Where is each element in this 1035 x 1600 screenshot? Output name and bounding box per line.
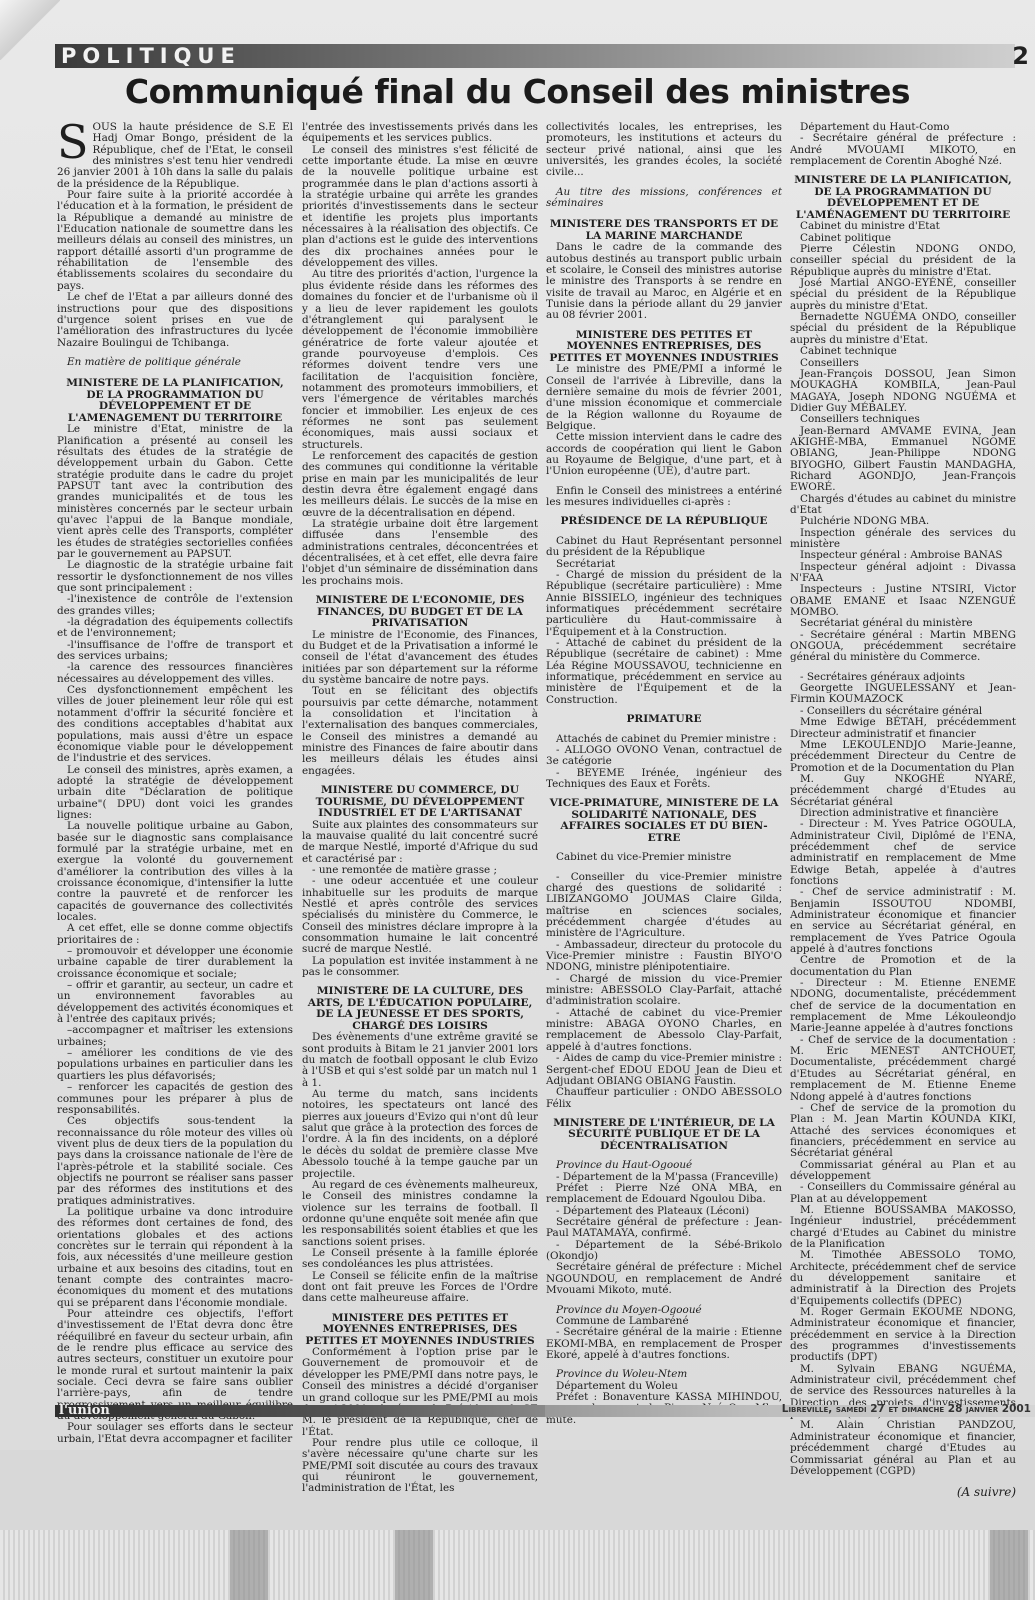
paragraph: Au terme du match, sans incidents notoir… <box>302 1089 538 1180</box>
paragraph: Au regard de ces évènements malheureux, … <box>302 1180 538 1248</box>
drop-cap: S <box>57 124 89 160</box>
ministry-heading: MINISTERE DES PETITES ET MOYENNES ENTREP… <box>302 1313 538 1348</box>
paragraph: Le conseil des ministres, après examen, … <box>57 765 293 822</box>
ministry-heading: VICE-PRIMATURE, MINISTERE DE LA SOLIDARI… <box>546 798 782 844</box>
paragraph: – renforcer les capacités de gestion des… <box>57 1082 293 1116</box>
paragraph: Le ministre des PME/PMI a informé le Con… <box>546 364 782 432</box>
paragraph: Ces objectifs sous-tendent la reconnaiss… <box>57 1116 293 1207</box>
section-band: POLITIQUE <box>55 44 1015 68</box>
article-column-3: collectivités locales, les entreprises, … <box>546 122 782 1426</box>
paragraph: - Directeur : M. Yves Patrice OGOULA, Ad… <box>790 819 1016 887</box>
paragraph: -la dégradation des équipements collecti… <box>57 617 293 640</box>
paragraph: - BEYEME Irénée, ingénieur des Technique… <box>546 768 782 791</box>
paragraph: Enfin le Conseil des ministrees a entéri… <box>546 486 782 509</box>
paragraph: Conseillers techniques <box>790 414 1016 425</box>
page-fold-corner <box>0 0 60 60</box>
paragraph: Secrétaire général de préfecture : Jean-… <box>546 1217 782 1240</box>
paragraph: - Conseillers du Commissaire général au … <box>790 1182 1016 1205</box>
paragraph: M. Guy NKOGHÉ NYARÉ, précédemment chargé… <box>790 774 1016 808</box>
paragraph: Le renforcement des capacités de gestion… <box>302 451 538 519</box>
paragraph: Chauffeur particulier : ONDO ABESSOLO Fé… <box>546 1087 782 1110</box>
paragraph: - Chef de service de la promotion du Pla… <box>790 1103 1016 1160</box>
ministry-heading: MINISTERE DE L'INTÉRIEUR, DE LA SÉCURITÉ… <box>546 1118 782 1153</box>
paragraph: La stratégie urbaine doit être largement… <box>302 519 538 587</box>
ministry-heading: MINISTERE DU COMMERCE, DU TOURISME, DU D… <box>302 785 538 820</box>
ministry-heading: MINISTERE DE LA CULTURE, DES ARTS, DE L'… <box>302 986 538 1032</box>
article-column-4: Département du Haut-Como- Secrétaire gén… <box>790 122 1016 1499</box>
paragraph: Cabinet technique <box>790 346 1016 357</box>
paragraph: l'entrée des investissements privés dans… <box>302 122 538 145</box>
section-subtitle: En matière de politique générale <box>57 357 293 368</box>
paragraph: La population est invitée instamment à n… <box>302 956 538 979</box>
dateline: Libreville, samedi 27 et dimanche 28 jan… <box>782 1403 1031 1415</box>
paragraph: - Département de la Sébé-Brikolo (Okondj… <box>546 1240 782 1263</box>
paragraph: – améliorer les conditions de vie des po… <box>57 1048 293 1082</box>
paragraph: -l'insuffisance de l'offre de transport … <box>57 640 293 663</box>
paragraph: M. Etienne BOUSSAMBA MAKOSSO, Ingénieur … <box>790 1205 1016 1250</box>
paragraph: - Chargé de mission du vice-Premier mini… <box>546 974 782 1008</box>
paragraph: Pour soulager ses efforts dans le secteu… <box>57 1422 293 1445</box>
scan-background <box>0 1530 1035 1600</box>
paragraph: - Secrétaire général : Martin MBENG ONGO… <box>790 630 1016 664</box>
ministry-heading: MINISTERE DES TRANSPORTS ET DE LA MARINE… <box>546 219 782 242</box>
paragraph: Inspecteur général : Ambroise BANAS <box>790 550 1016 561</box>
paragraph: Centre de Promotion et de la documentati… <box>790 955 1016 978</box>
paragraph: Ces dysfonctionnement empêchent les vill… <box>57 685 293 764</box>
paragraph: - Secrétaire général de la mairie : Etie… <box>546 1327 782 1361</box>
paragraph: - Ambassadeur, directeur du protocole du… <box>546 940 782 974</box>
paragraph: Inspecteur général adjoint : Divassa N'F… <box>790 562 1016 585</box>
paragraph: - Chargé de mission du président de la R… <box>546 570 782 638</box>
paragraph: OUS la haute présidence de S.E El Hadj O… <box>57 122 293 190</box>
paragraph: José Martial ANGO-EYÉNÉ, conseiller spéc… <box>790 278 1016 312</box>
paragraph: M. Roger Germain EKOUME NDONG, Administr… <box>790 1307 1016 1364</box>
paragraph: - Chef de service administratif : M. Ben… <box>790 887 1016 955</box>
paragraph: - une odeur accentuée et une couleur inh… <box>302 876 538 955</box>
paragraph: Jean-François DOSSOU, Jean Simon MOUKAGH… <box>790 369 1016 414</box>
paragraph: Mme LEKOULENDJO Marie-Jeanne, précédemme… <box>790 740 1016 774</box>
page-number: 2 <box>1012 42 1029 70</box>
paragraph: Le chef de l'Etat a par ailleurs donné d… <box>57 292 293 349</box>
footer-dateline-band: Libreville, samedi 27 et dimanche 28 jan… <box>545 1405 1035 1417</box>
paragraph: - Conseiller du vice-Premier ministre ch… <box>546 872 782 940</box>
paragraph: -la carence des ressources financières n… <box>57 662 293 685</box>
ministry-heading: MINISTERE DE LA PLANIFICATION, DE LA PRO… <box>57 378 293 424</box>
newspaper-page: POLITIQUE 2 Communiqué final du Conseil … <box>0 0 1035 1450</box>
paragraph: - ALLOGO OVONO Venan, contractuel de 3e … <box>546 745 782 768</box>
paragraph: Le ministre de l'Economie, des Finances,… <box>302 630 538 687</box>
paragraph: Inspection générale des services du mini… <box>790 528 1016 551</box>
paragraph: Pierre Célestin NDONG ONDO, conseiller s… <box>790 244 1016 278</box>
section-subtitle: Au titre des missions, conférences et sé… <box>546 187 782 210</box>
ministry-heading: PRÉSIDENCE DE LA RÉPUBLIQUE <box>546 516 782 528</box>
ministry-heading: MINISTERE DES PETITES ET MOYENNES ENTREP… <box>546 330 782 365</box>
paragraph: Le Conseil présente à la famille éplorée… <box>302 1248 538 1271</box>
paragraph: Suite aux plaintes des consommateurs sur… <box>302 820 538 865</box>
ministry-heading: PRIMATURE <box>546 714 782 726</box>
paragraph: Jean-Bernard AMVAME EVINA, Jean AKIGHÉ-M… <box>790 426 1016 494</box>
paragraph: - Attaché de cabinet du président de la … <box>546 638 782 706</box>
ministry-heading: MINISTERE DE LA PLANIFICATION, DE LA PRO… <box>790 175 1016 221</box>
article-column-2: l'entrée des investissements privés dans… <box>302 122 538 1495</box>
paragraph: La nouvelle politique urbaine au Gabon, … <box>57 821 293 923</box>
paragraph: Secrétaire général de préfecture : Miche… <box>546 1262 782 1296</box>
paragraph: - Secrétaire général de préfecture : And… <box>790 133 1016 167</box>
paragraph: Le ministre d'Etat, ministre de la Plani… <box>57 424 293 560</box>
paragraph: Tout en se félicitant des objectifs pour… <box>302 686 538 777</box>
paragraph: Pour faire suite à la priorité accordée … <box>57 190 293 292</box>
paragraph: Préfet : Pierre Nzé ONA MBA, en remplace… <box>546 1183 782 1206</box>
paragraph: - Attaché de cabinet du vice-Premier min… <box>546 1008 782 1053</box>
paragraph: Pulchérie NDONG MBA. <box>790 516 1016 527</box>
paragraph: –accompagner et maîtriser les extensions… <box>57 1025 293 1048</box>
paragraph: collectivités locales, les entreprises, … <box>546 122 782 179</box>
paragraph: Pour rendre plus utile ce colloque, il s… <box>302 1438 538 1495</box>
paragraph: Inspecteurs : Justine NTSIRI, Victor OBA… <box>790 584 1016 618</box>
paragraph: Le Conseil se félicite enfin de la maîtr… <box>302 1271 538 1305</box>
paragraph: Bernadette NGUÉMA ONDO, conseiller spéci… <box>790 312 1016 346</box>
paragraph: Cabinet du vice-Premier ministre <box>546 852 782 863</box>
paragraph: Des évènements d'une extrême gravité se … <box>302 1032 538 1089</box>
article-column-1: SOUS la haute présidence de S.E El Hadj … <box>57 122 293 1445</box>
paragraph: Mme Edwige BÉTAH, précédemment Directeur… <box>790 717 1016 740</box>
to-be-continued: (A suivre) <box>790 1487 1016 1498</box>
headline: Communiqué final du Conseil des ministre… <box>0 72 1035 111</box>
province-label: Province du Woleu-Ntem <box>546 1369 782 1380</box>
paragraph: A cet effet, elle se donne comme objecti… <box>57 923 293 946</box>
paragraph: M. Timothée ABESSOLO TOMO, Architecte, p… <box>790 1250 1016 1307</box>
paragraph: - Directeur : M. Etienne ENEME NDONG, do… <box>790 978 1016 1035</box>
paragraph: Dans le cadre de la commande des autobus… <box>546 242 782 321</box>
paragraph: Cette mission intervient dans le cadre d… <box>546 432 782 477</box>
ministry-heading: MINISTERE DE L'ECONOMIE, DES FINANCES, D… <box>302 595 538 630</box>
paragraph: M. Alain Christian PANDZOU, Administrate… <box>790 1420 1016 1477</box>
paragraph: Le conseil des ministres s'est félicité … <box>302 145 538 270</box>
section-rubric: POLITIQUE <box>61 44 241 68</box>
paragraph: -l'inexistence de contrôle de l'extensio… <box>57 594 293 617</box>
paragraph: Georgette INGUELESSANY et Jean-Firmin KO… <box>790 683 1016 706</box>
paragraph: La politique urbaine va donc introduire … <box>57 1207 293 1309</box>
masthead-logo: l'union <box>59 1403 110 1418</box>
paragraph: Conformément à l'option prise par le Gou… <box>302 1347 538 1438</box>
paragraph: – offrir et garantir, au secteur, un cad… <box>57 980 293 1025</box>
paragraph: Au titre des priorités d'action, l'urgen… <box>302 269 538 451</box>
paragraph: - Chef de service de la documentation : … <box>790 1035 1016 1103</box>
paragraph: Le diagnostic de la stratégie urbaine fa… <box>57 560 293 594</box>
paragraph: Chargés d'études au cabinet du ministre … <box>790 494 1016 517</box>
paragraph: Cabinet du Haut Représentant personnel d… <box>546 536 782 559</box>
paragraph: Commissariat général au Plan et au dével… <box>790 1160 1016 1183</box>
footer-masthead-band: l'union <box>55 1405 545 1417</box>
paragraph: - Aides de camp du vice-Premier ministre… <box>546 1053 782 1087</box>
paragraph: – promouvoir et développer une économie … <box>57 946 293 980</box>
